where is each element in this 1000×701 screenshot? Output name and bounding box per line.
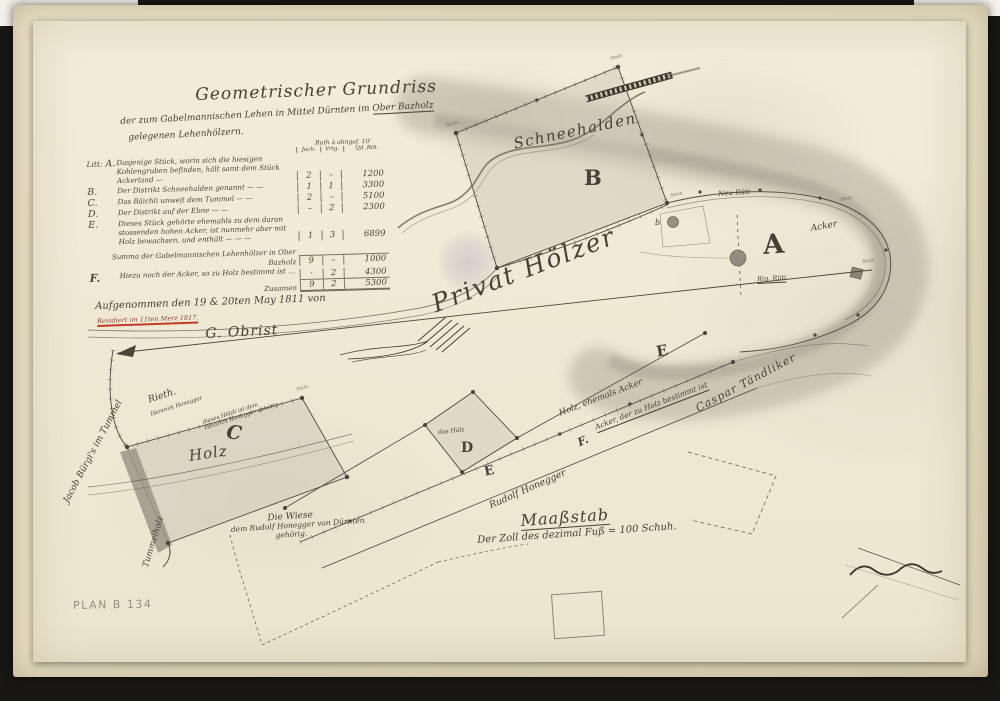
row-juch: 2	[297, 192, 320, 203]
archive-plan-number: PLAN B 134	[73, 599, 153, 613]
row-desc: Dieses Stück gehörte ehemahls zu dem dar…	[118, 214, 299, 247]
row-qdrth: 1200	[341, 168, 387, 179]
row-letter: D.	[88, 208, 99, 219]
row-letter: B.	[87, 186, 97, 197]
row-juch: ·	[300, 268, 323, 279]
parcel-b-letter: B	[584, 166, 602, 190]
map-linework	[0, 0, 1000, 701]
parcel-a-letter: A	[762, 229, 785, 261]
row-vrtg: –	[320, 170, 341, 181]
total-vrtg: 2	[323, 278, 344, 292]
row-vrtg: 3	[321, 230, 342, 241]
summa-juch: 9	[299, 254, 322, 266]
scanned-plan: Geometrischer Grundriss der zum Gabelman…	[0, 0, 1000, 701]
total-qdrth: 5300	[344, 276, 390, 290]
row-qdrth: 2300	[342, 201, 388, 212]
row-juch: 2	[297, 170, 320, 181]
parcel-d-letter: D	[461, 440, 473, 456]
row-vrtg: 2	[323, 268, 344, 279]
parcel-c-letter: C	[225, 422, 243, 446]
row-juch: 1	[297, 181, 320, 192]
row-vrtg: –	[320, 192, 341, 203]
row-qdrth: 6899	[342, 229, 388, 240]
row-qdrth: 3300	[341, 179, 387, 190]
row-juch: –	[298, 203, 321, 214]
row-letter: F.	[90, 271, 101, 284]
litt-prefix: Litt:	[86, 160, 102, 169]
row-vrtg: 1	[320, 181, 341, 192]
col-juch: Juch.	[296, 146, 320, 153]
total-juch: 9	[300, 278, 323, 292]
stream-sketch	[842, 548, 960, 618]
rig-rueti-label: Rig. Rüti	[757, 274, 786, 284]
row-vrtg: 2	[321, 203, 342, 214]
row-letter: C.	[87, 197, 97, 208]
row-letter: E.	[88, 219, 98, 230]
summa-vrtg: –	[322, 254, 343, 266]
row-letter: A.	[105, 158, 115, 169]
area-table: Ruth à ohngef. 10' Juch. Vrtg. Qd. Rth. …	[86, 138, 394, 298]
row-juch: 1	[298, 231, 321, 242]
col-vrtg: Vrtg.	[320, 146, 342, 153]
row-qdrth: 5100	[341, 190, 387, 201]
summa-qdrth: 1000	[343, 252, 389, 264]
marker-b-label: b	[655, 218, 660, 227]
